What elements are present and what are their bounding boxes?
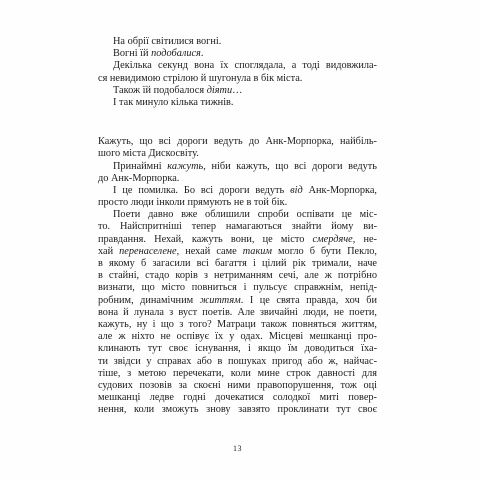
text-line: нення, коли зможуть знову завзято прокли… — [98, 404, 377, 416]
paragraph: Декілька секунд вона їх споглядала, а то… — [98, 60, 377, 84]
book-page: На обрії світилися вогні.Вогні їй подоба… — [0, 0, 480, 480]
text-line: але ж ніхто не оспівує їх у одах. Місцев… — [98, 331, 377, 343]
paragraph: І це помилка. Бо всі дороги ведуть від А… — [98, 185, 377, 209]
paragraph: Принаймні кажуть, ніби кажуть, що всі до… — [98, 161, 377, 185]
text-line: робним, динамічним життям. І це свята пр… — [98, 295, 377, 307]
text-line: правдання. Нехай, кажуть вони, це місто … — [98, 234, 377, 246]
text-line: ся невидимою стрілою й шугонула в бік мі… — [98, 73, 377, 85]
text-line: Також їй подобалося діяти… — [98, 85, 377, 97]
text-line: тіше, з метою перечекати, коли мине стро… — [98, 368, 377, 380]
paragraph: І так минуло кілька тижнів. — [98, 97, 377, 109]
text-line: клинають тут своє існування, і якщо їм д… — [98, 343, 377, 355]
text-line: просто люди інколи прямують не в той бік… — [98, 197, 377, 209]
text-line: Вогні їй подобалися. — [98, 48, 377, 60]
paragraph: Кажуть, що всі дороги ведуть до Анк-Морп… — [98, 136, 377, 160]
text-line: ти звідси у справах або в пошуках пригод… — [98, 356, 377, 368]
paragraph: Поети давно вже облишили спроби оспівати… — [98, 209, 377, 416]
text-line: І так минуло кілька тижнів. — [98, 97, 377, 109]
text-line: мешканці ледве годні дочекатися солодкої… — [98, 392, 377, 404]
page-text: На обрії світилися вогні.Вогні їй подоба… — [98, 36, 377, 416]
paragraph: Вогні їй подобалися. — [98, 48, 377, 60]
text-line: визнати, що місто повниться і пульсує сп… — [98, 282, 377, 294]
paragraph: На обрії світилися вогні. — [98, 36, 377, 48]
text-line: Декілька секунд вона їх споглядала, а то… — [98, 60, 377, 72]
text-line: Принаймні кажуть, ніби кажуть, що всі до… — [98, 161, 377, 173]
text-line: то. Найспритніші тепер намагаються знайт… — [98, 221, 377, 233]
text-line: кажуть, ну і що з того? Матраци також по… — [98, 319, 377, 331]
paragraph: Також їй подобалося діяти… — [98, 85, 377, 97]
text-line: судових позовів за скоєні ними правопору… — [98, 380, 377, 392]
page-number: 13 — [98, 444, 377, 453]
text-line: хай перенаселене, нехай саме таким могло… — [98, 246, 377, 258]
text-line: вона й лунала з вуст поетів. Але звичайн… — [98, 307, 377, 319]
text-line: в якому б загасили всі багаття і цілий р… — [98, 258, 377, 270]
text-line: шого міста Дискосвіту. — [98, 148, 377, 160]
text-line: Поети давно вже облишили спроби оспівати… — [98, 209, 377, 221]
text-line: в стайні, стадо корів з нетриманням сечі… — [98, 270, 377, 282]
text-line: На обрії світилися вогні. — [98, 36, 377, 48]
text-line: до Анк-Морпорка. — [98, 173, 377, 185]
text-line: Кажуть, що всі дороги ведуть до Анк-Морп… — [98, 136, 377, 148]
text-line: І це помилка. Бо всі дороги ведуть від А… — [98, 185, 377, 197]
